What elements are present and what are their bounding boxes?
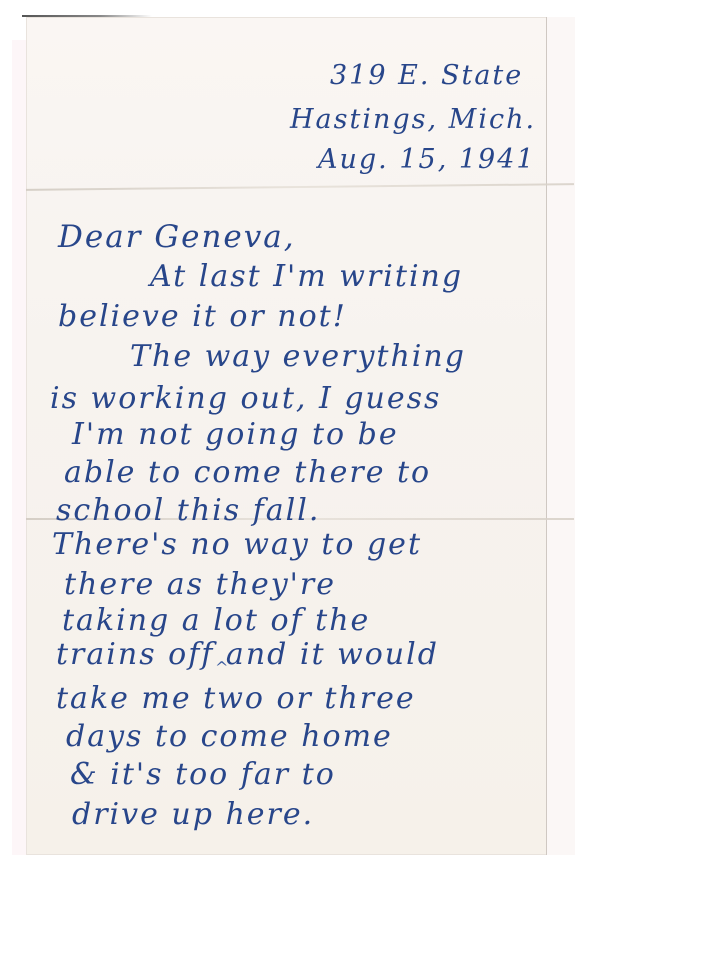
body-line: trains off and it would xyxy=(56,640,439,670)
body-line: & it's too far to xyxy=(70,760,336,790)
letter-date: Aug. 15, 1941 xyxy=(318,146,536,173)
body-line: The way everything xyxy=(130,342,466,372)
body-line: days to come home xyxy=(66,722,393,752)
body-line: is working out, I guess xyxy=(50,384,441,414)
body-line: drive up here. xyxy=(72,800,314,830)
body-line: take me two or three xyxy=(56,684,416,714)
salutation: Dear Geneva, xyxy=(58,222,296,253)
paper-top-edge xyxy=(22,15,152,17)
body-line: taking a lot of the xyxy=(62,606,370,636)
body-line: believe it or not! xyxy=(58,302,347,332)
paper-right-edge xyxy=(546,17,547,855)
return-address-street: 319 E. State xyxy=(330,62,523,89)
body-line: There's no way to get xyxy=(52,530,422,560)
body-line: I'm not going to be xyxy=(72,420,399,450)
paper-right-margin-strip xyxy=(547,17,575,855)
body-line: school this fall. xyxy=(56,496,320,526)
return-address-city: Hastings, Mich. xyxy=(290,106,536,133)
body-line: At last I'm writing xyxy=(150,262,463,292)
caret-insertion-mark: ^ xyxy=(215,660,228,676)
body-line: able to come there to xyxy=(64,458,431,488)
body-line: there as they're xyxy=(64,570,336,600)
